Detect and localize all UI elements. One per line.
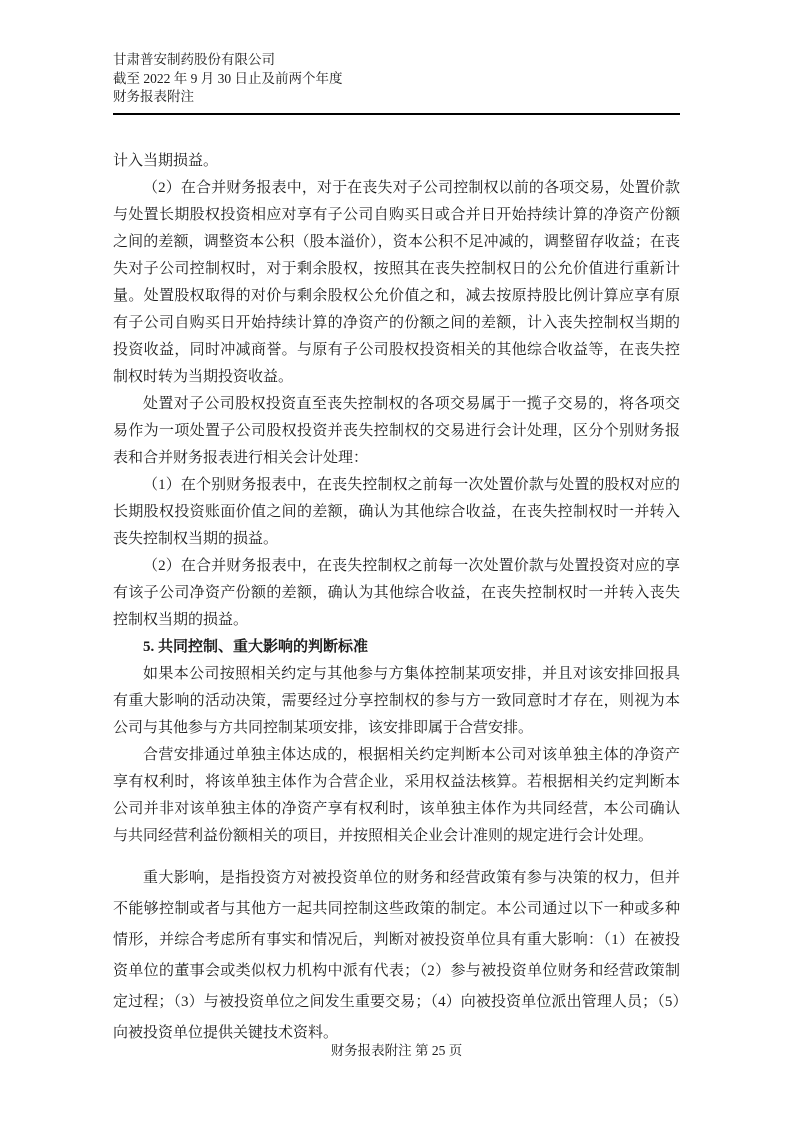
paragraph-item-1-separate-statements: （1）在个别财务报表中，在丧失控制权之前每一次处置价款与处置的股权对应的长期股权… <box>113 472 680 553</box>
page-footer: 财务报表附注 第 25 页 <box>0 1039 793 1059</box>
document-body: 计入当期损益。 （2）在合并财务报表中，对于在丧失对子公司控制权以前的各项交易，… <box>113 148 680 1049</box>
paragraph-bundled-transactions-intro: 处置对子公司股权投资直至丧失控制权的各项交易属于一揽子交易的，将各项交易作为一项… <box>113 391 680 472</box>
header-doc-title: 财务报表附注 <box>113 88 680 107</box>
paragraph-continuation: 计入当期损益。 <box>113 148 680 175</box>
section-heading-5: 5. 共同控制、重大影响的判断标准 <box>113 634 680 661</box>
page-header: 甘肃普安制药股份有限公司 截至 2022 年 9 月 30 日止及前两个年度 财… <box>113 0 680 115</box>
paragraph-joint-arrangement-entity: 合营安排通过单独主体达成的，根据相关约定判断本公司对该单独主体的净资产享有权利时… <box>113 742 680 850</box>
footer-page-label: 财务报表附注 第 25 页 <box>331 1043 463 1058</box>
paragraph-item-2-consolidated-statements: （2）在合并财务报表中，在丧失控制权之前每一次处置价款与处置投资对应的享有该子公… <box>113 553 680 634</box>
page-content: 甘肃普安制药股份有限公司 截至 2022 年 9 月 30 日止及前两个年度 财… <box>0 0 793 1049</box>
document-page: 甘肃普安制药股份有限公司 截至 2022 年 9 月 30 日止及前两个年度 财… <box>0 0 793 1122</box>
header-rule <box>113 113 680 115</box>
paragraph-joint-control-definition: 如果本公司按照相关约定与其他参与方集体控制某项安排，并且对该安排回报具有重大影响… <box>113 661 680 742</box>
header-period: 截至 2022 年 9 月 30 日止及前两个年度 <box>113 70 680 89</box>
paragraph-loss-of-control-consolidated: （2）在合并财务报表中，对于在丧失对子公司控制权以前的各项交易，处置价款与处置长… <box>113 175 680 391</box>
header-company: 甘肃普安制药股份有限公司 <box>113 51 680 70</box>
paragraph-significant-influence: 重大影响，是指投资方对被投资单位的财务和经营政策有参与决策的权力，但并不能够控制… <box>113 863 680 1049</box>
